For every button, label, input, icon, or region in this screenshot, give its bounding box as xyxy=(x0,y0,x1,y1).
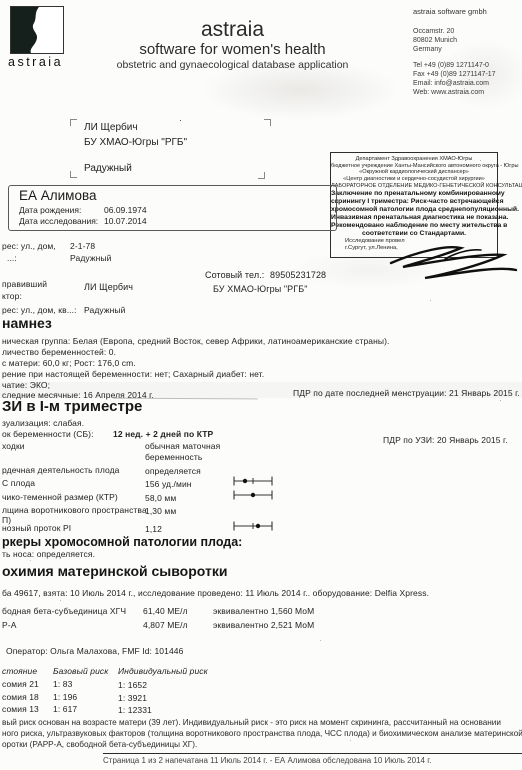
window-mark-bl xyxy=(70,171,77,178)
operator-line: Оператор: Ольга Малахова, FMF Id: 101446 xyxy=(6,646,183,656)
anamnesis-smoking-diabetes: рение при настоящей беременности: нет; С… xyxy=(2,369,264,379)
addressee-doctor: ЛИ Щербич xyxy=(84,122,138,133)
referrer-org: БУ ХМАО-Югры "РГБ" xyxy=(213,284,308,294)
footer-rule xyxy=(103,753,522,754)
anamnesis-ethnicity: ническая группа: Белая (Европа, средний … xyxy=(2,336,390,346)
referrer-label-1: правивший xyxy=(2,279,47,289)
exam-date-value: 10.07.2014 xyxy=(104,216,147,226)
risk-row-base: 1: 196 xyxy=(53,692,77,702)
risk-row-individual: 1: 12331 xyxy=(118,705,152,715)
visualization-line: зуализация: слабая. xyxy=(2,418,84,428)
gestational-age-value: 12 нед. + 2 дней по КТР xyxy=(113,429,213,439)
risk-row-name: сомия 13 xyxy=(2,704,39,714)
findings-label: ходки xyxy=(2,441,25,451)
gestational-age-label: ок беременности (СБ): xyxy=(2,429,94,439)
patient-name: ЕА Алимова xyxy=(19,188,97,203)
referrer-name: ЛИ Щербич xyxy=(84,282,133,292)
fhr-label: С плода xyxy=(2,478,35,488)
risk-row-individual: 1: 1652 xyxy=(118,680,147,690)
dob-value: 06.09.1974 xyxy=(104,205,147,215)
patient-city-label: ...: xyxy=(7,253,17,263)
anamnesis-heading: намнез xyxy=(2,315,52,331)
hcg-label: бодная бета-субъединица ХГЧ xyxy=(2,606,126,616)
stamp-line: ЛАБОРАТОРНОЕ ОТДЕЛЕНИЕ МЕДИКО-ГЕНЕТИЧЕСК… xyxy=(331,183,497,190)
company-name: astraia software gmbh xyxy=(413,7,487,16)
mobile-phone-value: 89505231728 xyxy=(270,270,326,280)
window-mark-tr xyxy=(264,119,271,126)
hcg-mom: эквивалентно 1,560 MoM xyxy=(213,606,314,616)
risk-col-individual: Индивидуальный риск xyxy=(118,666,208,676)
app-subtitle: software for women's health xyxy=(110,41,355,58)
addressee-org: БУ ХМАО-Югры "РГБ" xyxy=(84,137,187,148)
window-mark-tl xyxy=(70,119,77,126)
risk-row-name: сомия 18 xyxy=(2,692,39,702)
addressee-city: Радужный xyxy=(84,163,132,174)
scanned-report-page: astraia astraia software for women's hea… xyxy=(0,0,522,770)
astraia-logo xyxy=(10,6,64,56)
page-footer: Страница 1 из 2 напечатана 11 Июль 2014 … xyxy=(103,756,431,765)
stamp-conclusion-line: Инвазивная пренатальная диагностика не п… xyxy=(331,214,497,222)
sample-line: ба 49617, взята: 10 Июль 2014 г., исслед… xyxy=(2,588,429,598)
anamnesis-conception: чатие: ЭКО; xyxy=(2,380,50,390)
window-mark-br xyxy=(258,172,265,179)
hcg-value: 61,40 МЕ/л xyxy=(143,606,188,616)
company-fax: Fax +49 (0)89 1271147-17 xyxy=(413,70,496,79)
risk-footnote-line: оротки (PAPP-A, свободной бета-субъедини… xyxy=(2,740,197,749)
logo-caption: astraia xyxy=(8,55,63,69)
risk-row-name: сомия 21 xyxy=(2,679,39,689)
edd-ultrasound: ПДР по УЗИ: 20 Январь 2015 г. xyxy=(383,435,508,445)
anamnesis-pregnancies: личество беременностей: 0. xyxy=(2,347,116,357)
patient-card: ЕА Алимова Дата рождения: 06.09.1974 Дат… xyxy=(8,185,337,231)
ductus-venosus-range-plot xyxy=(233,520,273,532)
findings-value: обычная маточная беременность xyxy=(145,441,243,462)
ductus-venosus-label: нозный проток PI xyxy=(2,523,71,533)
fhr-value: 156 уд./мин xyxy=(145,479,192,489)
ultrasound-heading: ЗИ в I-м триместре xyxy=(2,398,142,415)
scan-speckles xyxy=(180,120,181,121)
risk-footnote-line: ного риска, ультразвуковых факторов (тол… xyxy=(2,729,522,738)
pappa-label: Р-А xyxy=(2,620,16,630)
signature xyxy=(385,233,522,288)
markers-heading: ркеры хромосомной патологии плода: xyxy=(2,535,242,549)
mobile-phone-label: Сотовый тел.: xyxy=(205,270,264,280)
cardiac-activity-label: рдечная деятельность плода xyxy=(2,465,120,475)
anamnesis-weight-height: с матери: 60,0 кг; Рост: 176,0 cm. xyxy=(2,358,136,368)
stamp-conclusion-line: хромосомной патологии плода среднепопуля… xyxy=(331,206,497,214)
risk-row-individual: 1: 3921 xyxy=(118,693,147,703)
fhr-range-plot xyxy=(233,475,273,487)
exam-date-label: Дата исследования: xyxy=(19,216,98,226)
stamp-conclusion-line: Заключение по пренатальному комбинирован… xyxy=(331,190,497,198)
patient-address-label: рес: ул., дом, xyxy=(2,241,56,251)
risk-footnote-line: вый риск основан на возрасте матери (39 … xyxy=(2,718,501,727)
stamp-conclusion-line: скринингу I триместра: Риск-часто встреч… xyxy=(331,198,497,206)
company-city: 80802 Munich xyxy=(413,36,457,45)
stamp-conclusion-line: Рекомендовано наблюдение по месту житель… xyxy=(331,222,497,230)
edd-lmp: ПДР по дате последней менструации: 21 Ян… xyxy=(293,388,520,398)
stamp-line: «Центр диагностики и сердечно-сосудистой… xyxy=(331,176,497,183)
nt-label: лщина воротникового пространства xyxy=(2,505,147,515)
ductus-venosus-value: 1,12 xyxy=(145,524,162,534)
crl-label: чико-теменной размер (КТР) xyxy=(2,492,118,502)
risk-col-condition: стояние xyxy=(2,666,37,676)
app-tagline: obstetric and gynaecological database ap… xyxy=(110,59,355,71)
referrer-address-value: Радужный xyxy=(84,305,125,315)
crl-range-plot xyxy=(233,489,273,501)
nasal-bone-line: ть носа: определяется. xyxy=(2,549,95,559)
risk-row-base: 1: 617 xyxy=(53,704,77,714)
company-email: Email: info@astraia.com xyxy=(413,79,489,88)
crl-value: 58,0 мм xyxy=(145,493,176,503)
referrer-address-label: рес: ул., дом, кв...: xyxy=(2,305,77,315)
patient-address-value: 2-1-78 xyxy=(70,241,95,251)
biochemistry-heading: охимия материнской сыворотки xyxy=(2,563,227,579)
cardiac-activity-value: определяется xyxy=(145,466,201,476)
company-tel: Tel +49 (0)89 1271147-0 xyxy=(413,61,489,70)
company-street: Occamstr. 20 xyxy=(413,27,454,36)
risk-col-base: Базовый риск xyxy=(53,666,108,676)
patient-city-value: Радужный xyxy=(70,253,111,263)
risk-row-base: 1: 83 xyxy=(53,679,72,689)
nt-value: 1,30 мм xyxy=(145,506,176,516)
pappa-mom: эквивалентно 2,521 MoM xyxy=(213,620,314,630)
stamp-line: Департамент Здравоохранения ХМАО-Югры xyxy=(331,156,497,163)
dob-label: Дата рождения: xyxy=(19,205,81,215)
pappa-value: 4,807 МЕ/л xyxy=(143,620,188,630)
company-country: Germany xyxy=(413,45,442,54)
referrer-label-2: ктор: xyxy=(2,291,22,301)
app-title: astraia xyxy=(110,18,355,42)
company-web: Web: www.astraia.com xyxy=(413,88,484,97)
